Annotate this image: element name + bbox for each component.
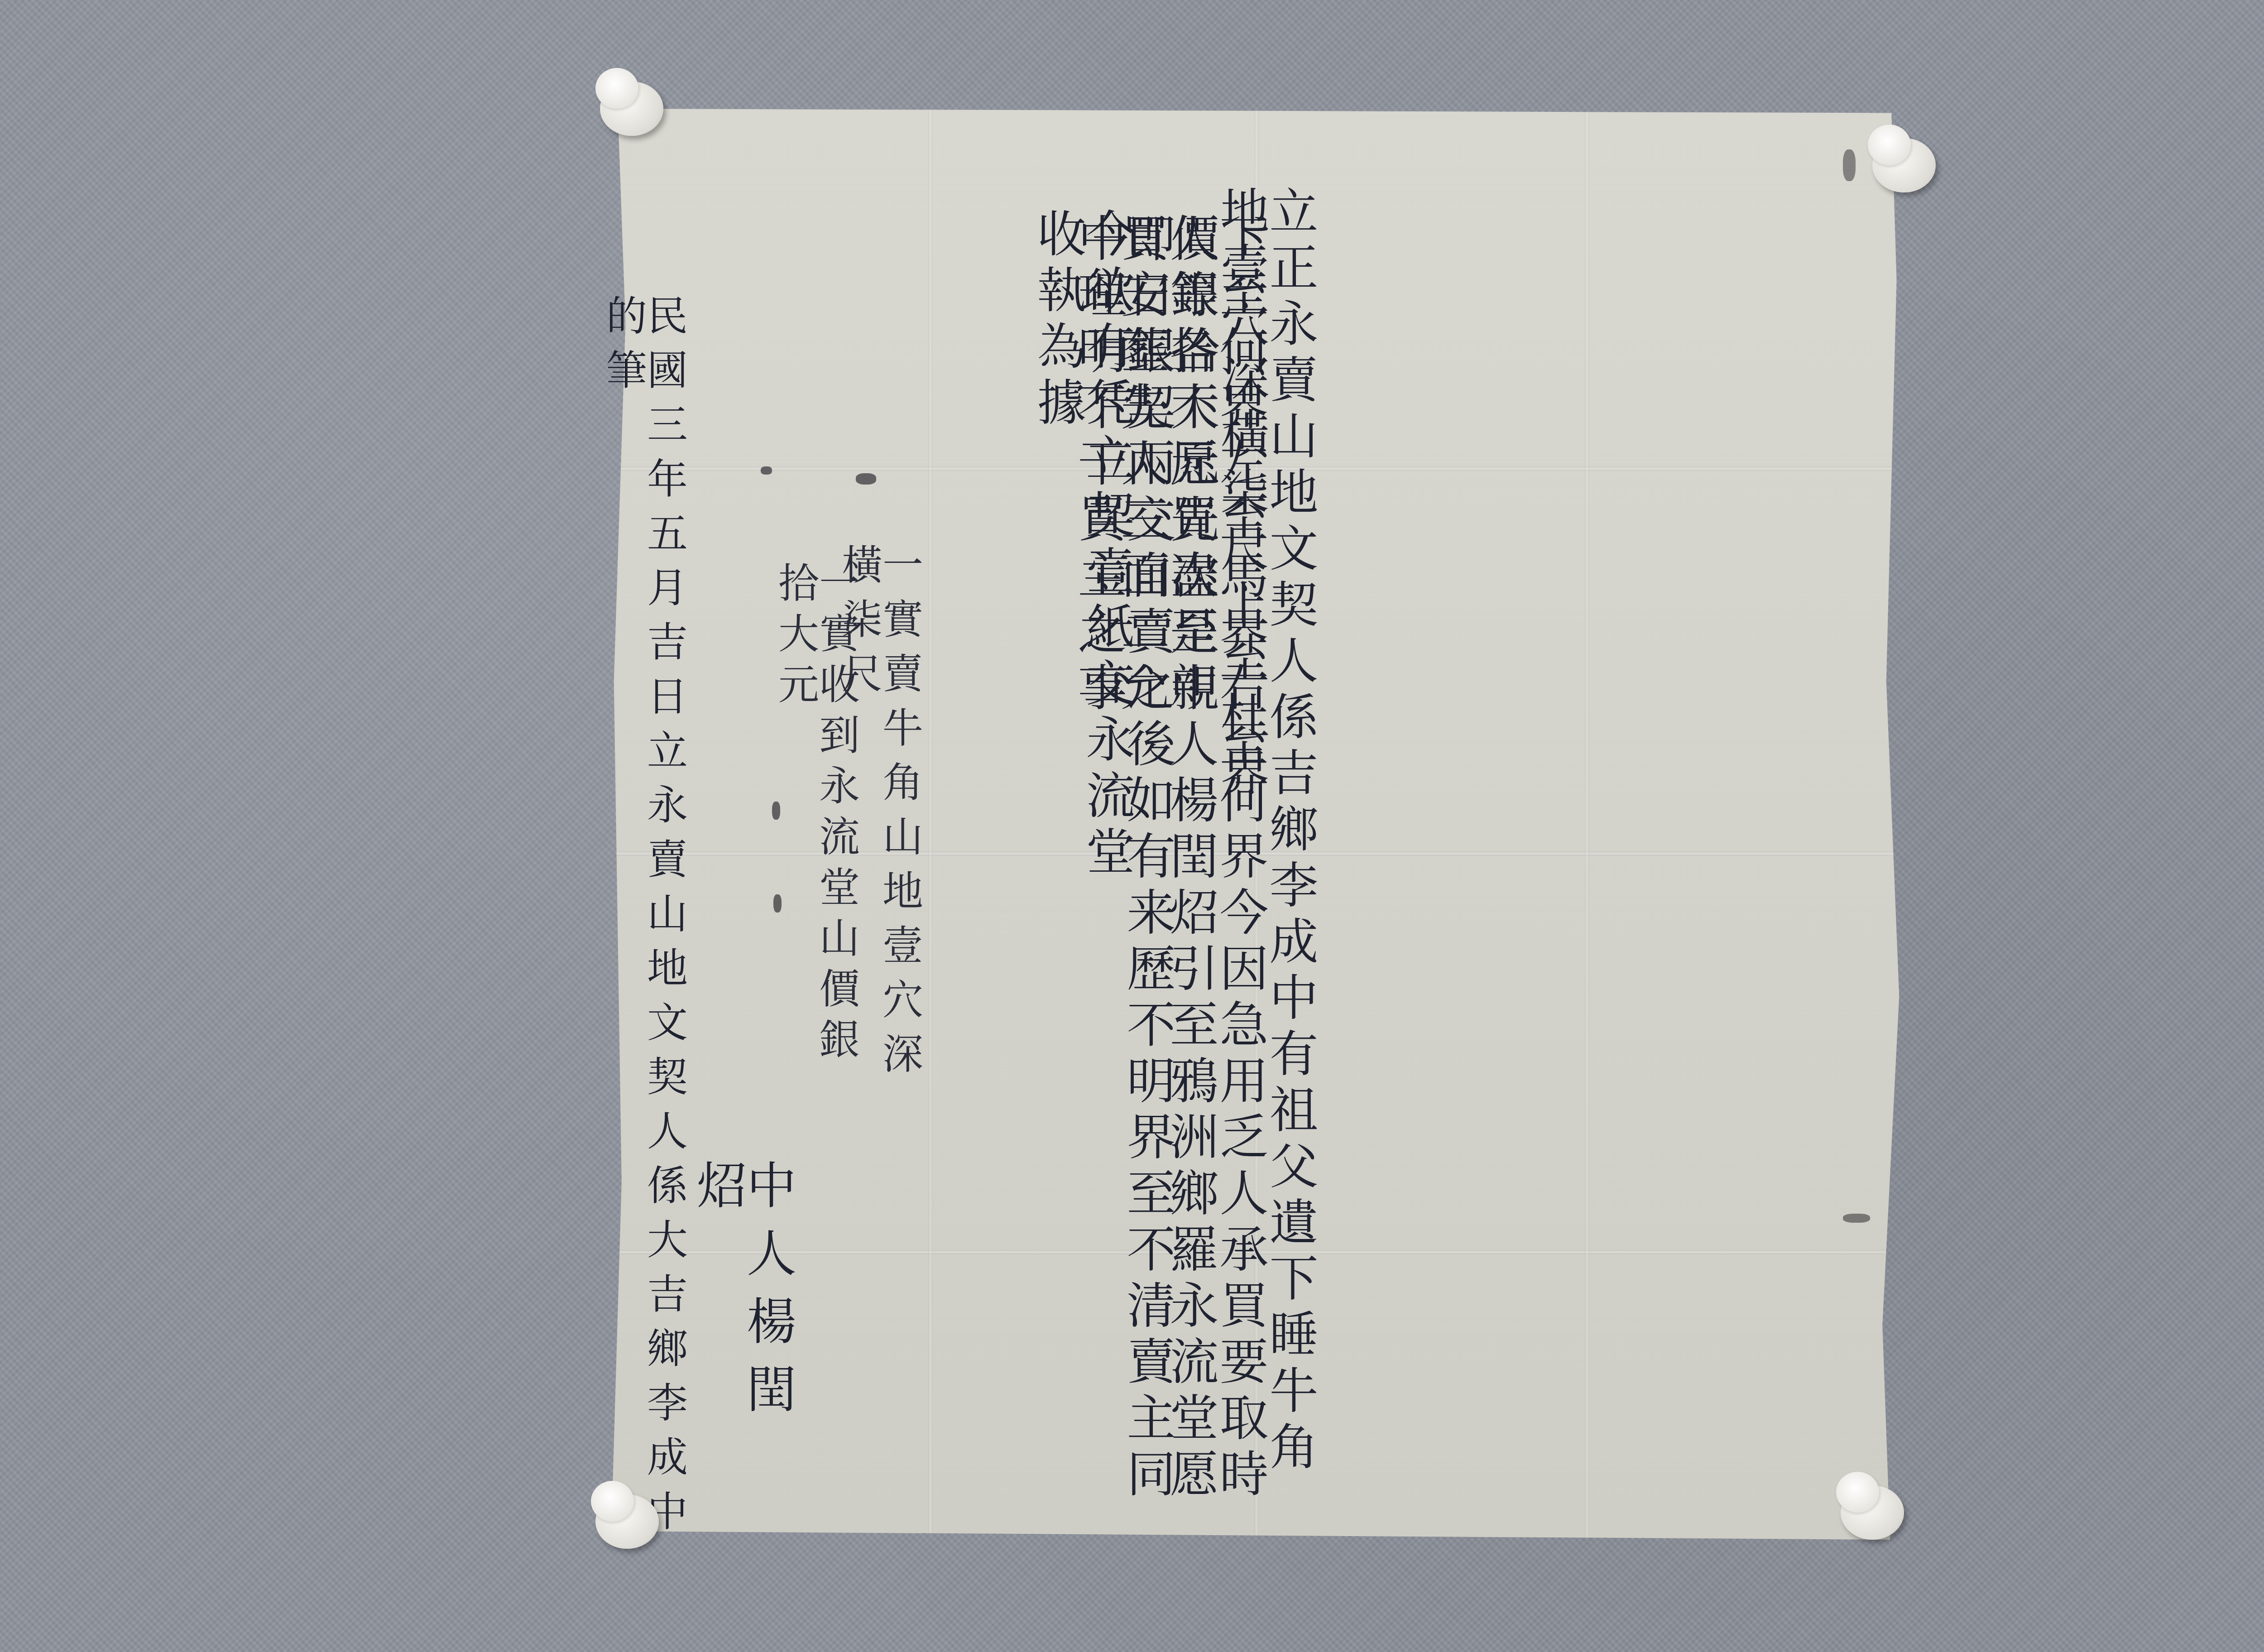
ink-stain — [1843, 149, 1856, 181]
deed-column-5: 今欲有凭立契壹紙交永流堂收執為據 — [1032, 208, 1130, 888]
pushpin-bottom-left — [591, 1481, 659, 1549]
ink-stain — [1843, 1214, 1870, 1223]
pushpin-bottom-right — [1836, 1472, 1904, 1540]
date-signature-column: 民國三年五月吉日立永賣山地文契人係大吉鄉李成中的筆 — [602, 294, 684, 1562]
middleman-signature: 中人楊閏炤 — [693, 1159, 792, 1476]
fold-line — [928, 109, 933, 1540]
pushpin-top-left — [595, 68, 663, 136]
ink-stain — [856, 473, 876, 485]
fold-line — [1585, 109, 1589, 1540]
ink-stain — [761, 466, 772, 475]
item-payment-received: 一實收到永流堂山價銀拾大元 — [774, 562, 856, 1105]
pushpin-top-right — [1868, 125, 1936, 192]
